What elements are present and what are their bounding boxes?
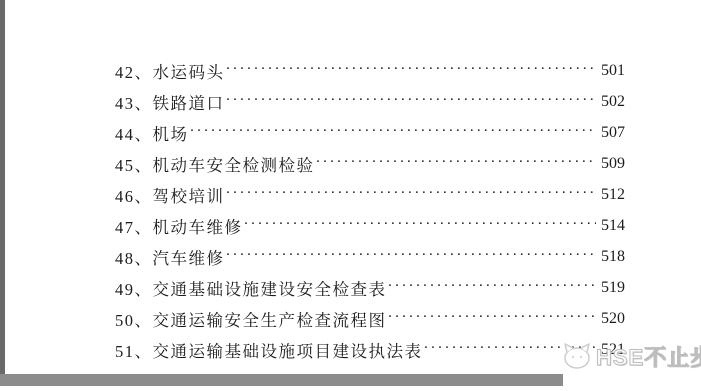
toc-entry: 48、汽车维修 ································… <box>115 241 625 272</box>
watermark-text: HSE不止步 <box>596 341 701 372</box>
toc-entry: 49、交通基础设施建设安全检查表 ·······················… <box>115 272 625 303</box>
toc-entry-label: 44、机场 <box>115 121 189 145</box>
toc-entry-label: 46、驾校培训 <box>115 183 225 207</box>
toc-entry: 47、机动车维修 ·······························… <box>115 210 625 241</box>
toc-entry-label: 43、铁路道口 <box>115 90 225 114</box>
table-of-contents: 42、水运码头 ································… <box>115 55 625 365</box>
toc-entry: 50、交通运输安全生产检查流程图 ·······················… <box>115 303 625 334</box>
toc-page-number: 501 <box>597 62 625 80</box>
dot-leader: ········································… <box>244 209 597 240</box>
dot-leader: ········································… <box>226 54 597 85</box>
left-edge-strip <box>0 0 5 386</box>
toc-entry-label: 47、机动车维修 <box>115 214 243 238</box>
toc-entry-label: 51、交通运输基础设施项目建设执法表 <box>115 338 423 362</box>
toc-page-number: 507 <box>597 124 625 142</box>
toc-page-number: 519 <box>597 279 625 297</box>
toc-entry: 44、机场 ··································… <box>115 117 625 148</box>
dot-leader: ········································… <box>388 271 597 302</box>
dot-leader: ········································… <box>226 85 597 116</box>
dot-leader: ········································… <box>388 302 597 333</box>
dot-leader: ········································… <box>316 147 597 178</box>
toc-page-number: 520 <box>597 310 625 328</box>
bottom-gray-bar <box>0 374 563 386</box>
cat-face-icon <box>560 340 594 372</box>
dot-leader: ········································… <box>226 240 597 271</box>
toc-entry-label: 50、交通运输安全生产检查流程图 <box>115 307 387 331</box>
dot-leader: ········································… <box>190 116 597 147</box>
toc-entry-label: 49、交通基础设施建设安全检查表 <box>115 276 387 300</box>
toc-page-number: 518 <box>597 248 625 266</box>
toc-page-number: 512 <box>597 186 625 204</box>
document-page: 42、水运码头 ································… <box>0 0 701 391</box>
toc-page-number: 514 <box>597 217 625 235</box>
toc-entry: 51、交通运输基础设施项目建设执法表 ·····················… <box>115 334 625 365</box>
toc-entry-label: 48、汽车维修 <box>115 245 225 269</box>
toc-page-number: 509 <box>597 155 625 173</box>
toc-entry-label: 42、水运码头 <box>115 59 225 83</box>
toc-entry-label: 45、机动车安全检测检验 <box>115 152 315 176</box>
toc-entry: 45、机动车安全检测检验 ···························… <box>115 148 625 179</box>
dot-leader: ········································… <box>226 178 597 209</box>
toc-entry: 46、驾校培训 ································… <box>115 179 625 210</box>
toc-entry: 43、铁路道口 ································… <box>115 86 625 117</box>
toc-entry: 42、水运码头 ································… <box>115 55 625 86</box>
watermark: HSE不止步 <box>560 340 701 372</box>
toc-page-number: 502 <box>597 93 625 111</box>
